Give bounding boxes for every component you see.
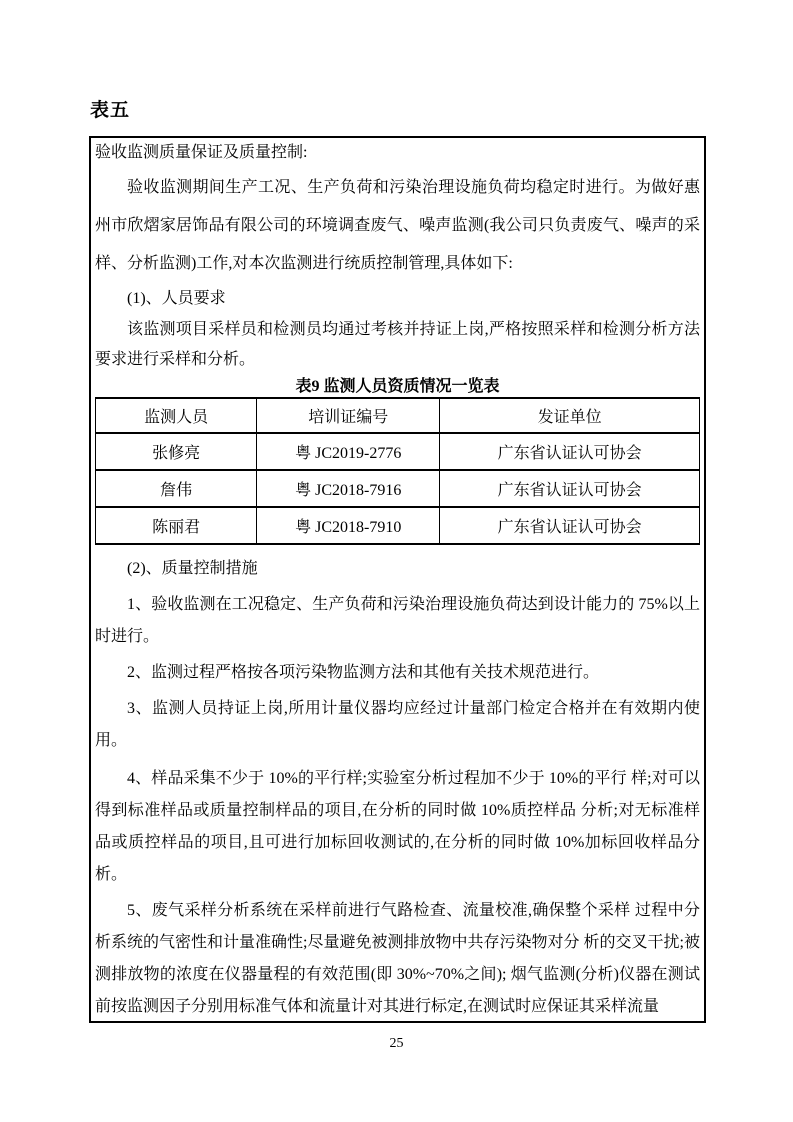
table-cell: 张修亮	[96, 433, 257, 470]
measure-item-3: 3、监测人员持证上岗,所用计量仪器均应经过计量部门检定合格并在有效期内使用。	[95, 693, 700, 757]
table-cell: 陈丽君	[96, 507, 257, 544]
measure-item-2: 2、监测过程严格按各项污染物监测方法和其他有关技术规范进行。	[95, 657, 700, 689]
content-box: 验收监测质量保证及质量控制: 验收监测期间生产工况、生产负荷和污染治理设施负荷均…	[89, 136, 706, 1023]
table-column-header: 培训证编号	[257, 398, 440, 433]
table-cell: 广东省认证认可协会	[440, 470, 700, 507]
table-row: 陈丽君粤 JC2018-7910广东省认证认可协会	[96, 507, 700, 544]
table-row: 詹伟粤 JC2018-7916广东省认证认可协会	[96, 470, 700, 507]
box-title: 验收监测质量保证及质量控制:	[95, 141, 700, 165]
table-header-row: 监测人员培训证编号发证单位	[96, 398, 700, 433]
section2-heading: (2)、质量控制措施	[95, 553, 700, 585]
page-number: 25	[0, 1036, 793, 1052]
table-cell: 粤 JC2018-7910	[257, 507, 440, 544]
table-row: 张修亮粤 JC2019-2776广东省认证认可协会	[96, 433, 700, 470]
personnel-qualification-table: 监测人员培训证编号发证单位 张修亮粤 JC2019-2776广东省认证认可协会詹…	[95, 397, 700, 545]
table-column-header: 监测人员	[96, 398, 257, 433]
table9-title: 表9 监测人员资质情况一览表	[95, 377, 700, 397]
table-body: 张修亮粤 JC2019-2776广东省认证认可协会詹伟粤 JC2018-7916…	[96, 433, 700, 544]
table-cell: 广东省认证认可协会	[440, 433, 700, 470]
measure-item-4: 4、样品采集不少于 10%的平行样;实验室分析过程加不少于 10%的平行 样;对…	[95, 763, 700, 891]
paragraph-intro: 验收监测期间生产工况、生产负荷和污染治理设施负荷均稳定时进行。为做好惠州市欣熠家…	[95, 169, 700, 283]
table-cell: 广东省认证认可协会	[440, 507, 700, 544]
measure-item-1: 1、验收监测在工况稳定、生产负荷和污染治理设施负荷达到设计能力的 75%以上时进…	[95, 589, 700, 653]
table-cell: 詹伟	[96, 470, 257, 507]
sheet-label: 表五	[90, 95, 130, 122]
section1-heading: (1)、人员要求	[95, 283, 700, 315]
table-cell: 粤 JC2018-7916	[257, 470, 440, 507]
document-page: 表五 验收监测质量保证及质量控制: 验收监测期间生产工况、生产负荷和污染治理设施…	[0, 0, 793, 1122]
table-column-header: 发证单位	[440, 398, 700, 433]
paragraph-personnel: 该监测项目采样员和检测员均通过考核并持证上岗,严格按照采样和检测分析方法要求进行…	[95, 315, 700, 375]
measure-item-5: 5、废气采样分析系统在采样前进行气路检查、流量校准,确保整个采样 过程中分析系统…	[95, 895, 700, 1023]
table-cell: 粤 JC2019-2776	[257, 433, 440, 470]
